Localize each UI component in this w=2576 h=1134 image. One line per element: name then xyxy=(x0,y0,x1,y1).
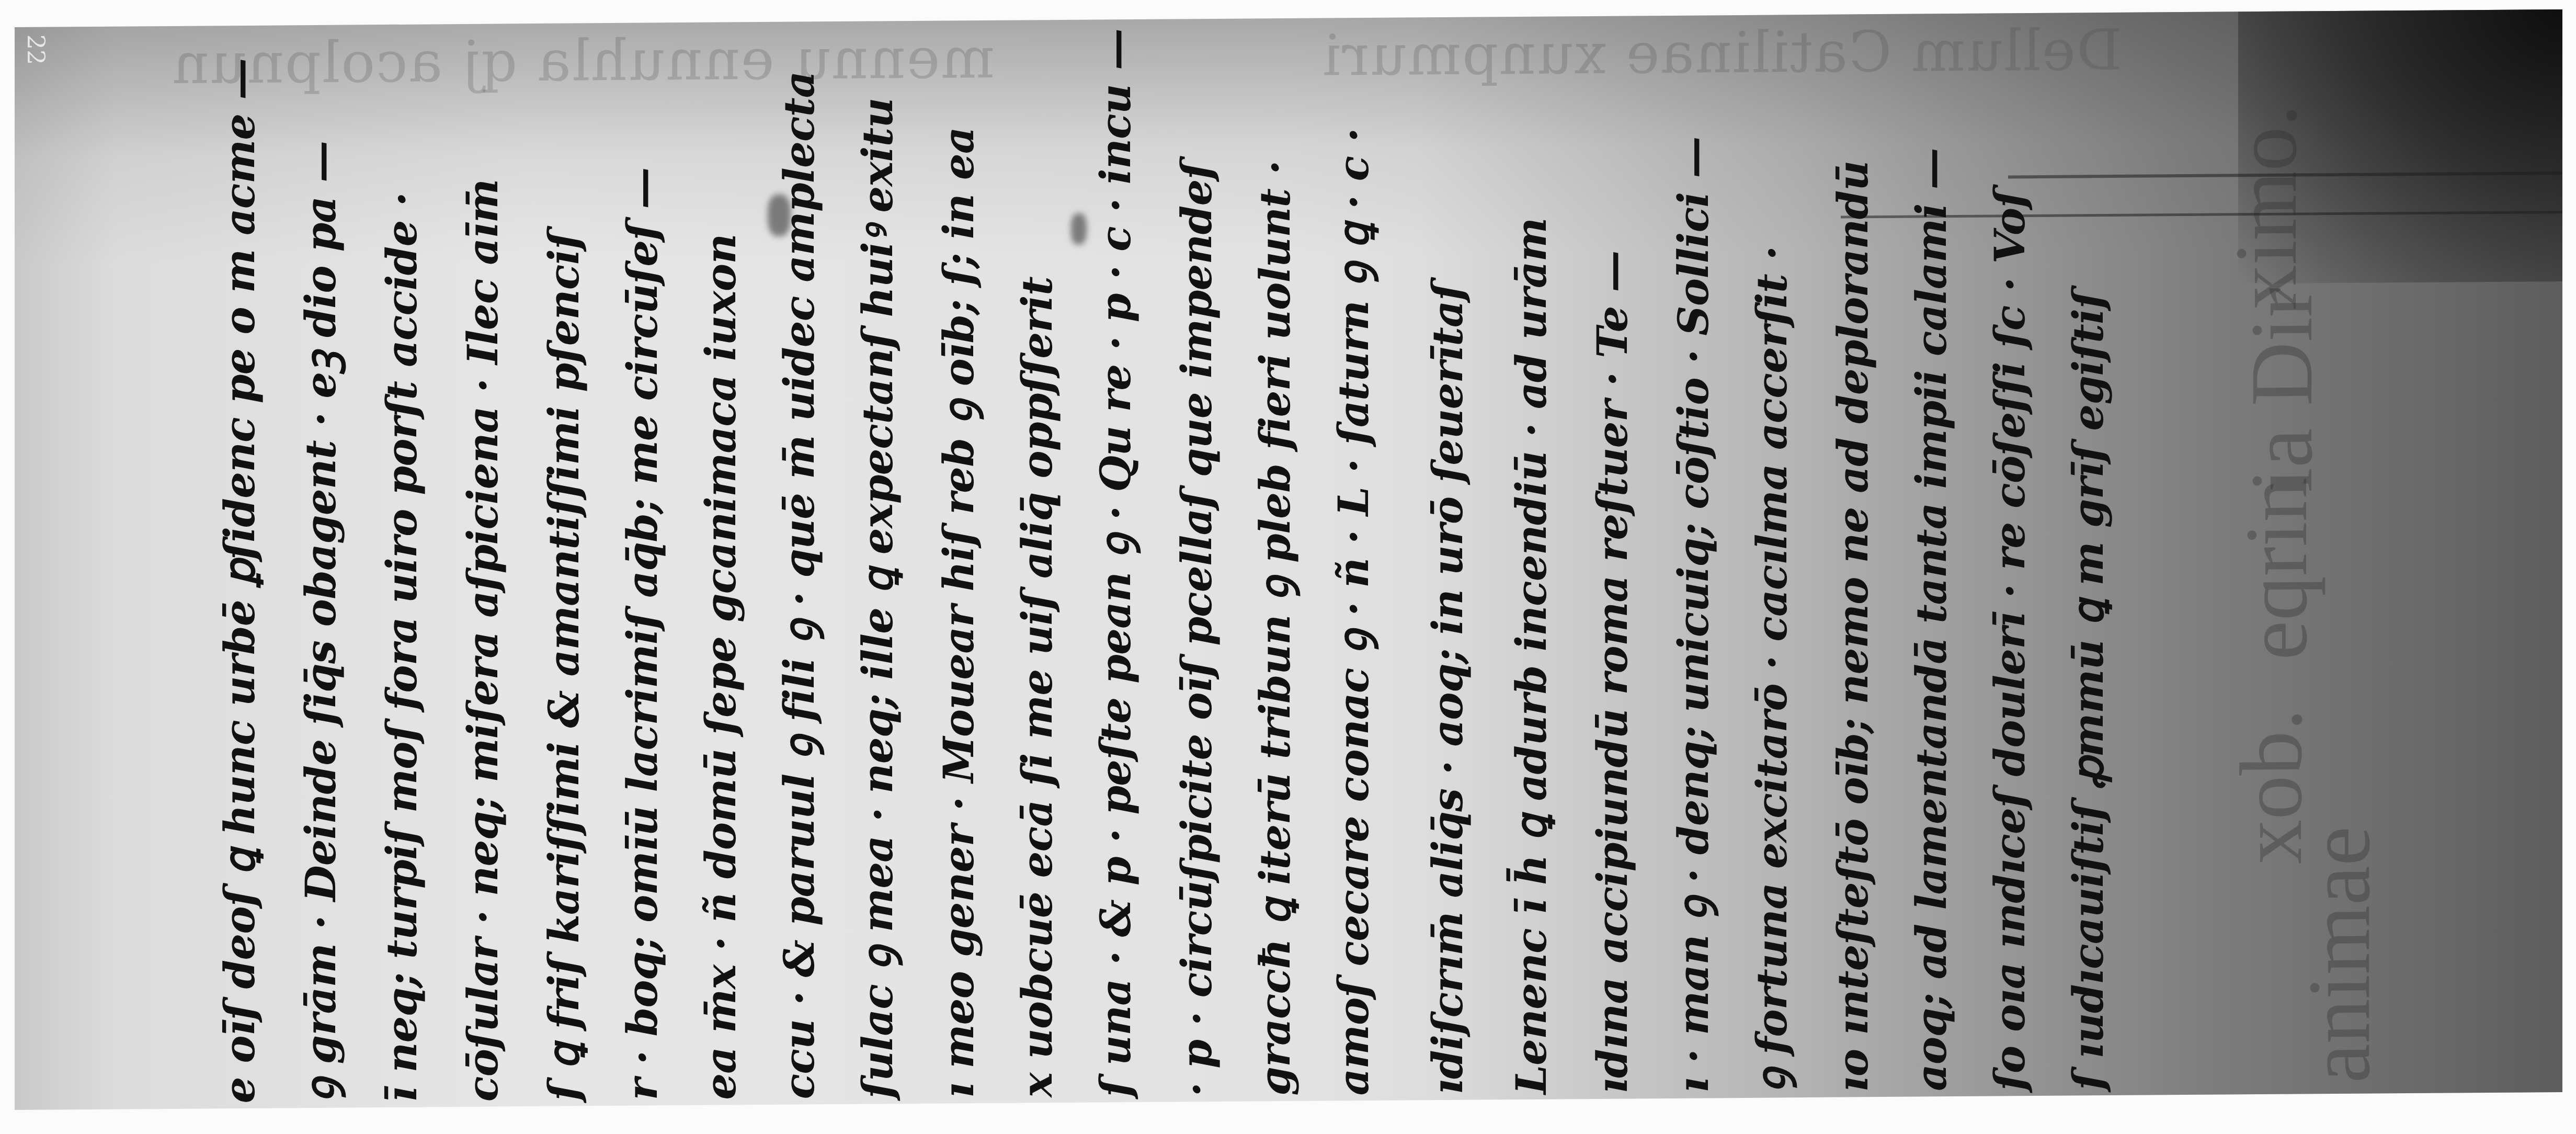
text-line-7: ea m̄x · ñ domū ſepe gcanimaca iuxon xyxy=(700,234,742,1100)
bleed-through-word: animae xyxy=(2295,826,2384,1084)
bleed-through-word: ia Dir xyxy=(2237,287,2326,493)
text-line-18: ıdına accipiundū roma reſtuer · Te — xyxy=(1591,251,1633,1094)
bleed-through-word: eqrin xyxy=(2232,477,2321,660)
text-line-11: x uobcuē ecā ſi me uiſ aliq̄ oppſſerit xyxy=(1016,277,1058,1097)
text-line-1: e oīſ deoſ ꝗ hunc urbē ꝑſidenc pe o m ac… xyxy=(219,58,260,1103)
text-line-14: graccħ ꝗ iterū tribun ꝯ pleb fieri uolun… xyxy=(1254,161,1296,1096)
bleed-through-top-left: mennu ennuhla qj acolpnun xyxy=(172,26,995,97)
ink-stain xyxy=(1071,213,1087,245)
text-line-15: amoſ cecare conac ꝯ · ñ · L · ſaturn ꝯ ꝗ… xyxy=(1332,128,1374,1095)
text-line-6: r · boq; omīū lacrimiſ aq̄b; me circūſeſ… xyxy=(621,168,663,1101)
manuscript-page: 22 mennu ennuhla qj acolpnun Dellum Cati… xyxy=(15,9,2562,1110)
text-line-13: · p · circūſpicite oīſ pcellaſ que impen… xyxy=(1176,162,1217,1096)
text-line-22: aoq; ad lamentandā tanta impii calami — xyxy=(1910,149,1952,1092)
text-line-2: ꝯ grām · Deinde ſiq̄s obagent · eꝫ dio p… xyxy=(300,141,341,1103)
text-line-19: ı · man ꝯ · denq; unicuiq; cōſtio · Soll… xyxy=(1672,137,1714,1093)
text-line-17: Lenenc ī h̄ ꝗ adurb incendiū · ad urām xyxy=(1510,218,1552,1094)
text-line-23: ſo oıa ındıceſ doulerī · re cōſeſſi ſc ·… xyxy=(1989,190,2031,1091)
text-line-12: ſ una · & p · peſte pean ꝯ · Qu re · p ·… xyxy=(1095,29,1136,1097)
text-line-10: ı meo gener · Mouear hiſ reb ꝯ oīb; ſ; i… xyxy=(938,127,979,1098)
folio-number: 22 xyxy=(22,35,50,65)
text-line-24: ſ ıudıcauiſtiſ ꝓmmū ꝗ m grīſ egiſtiſ xyxy=(2067,291,2109,1090)
text-line-8: ccu · & paruul ꝯ fili ꝯ · quē m̄ uidec a… xyxy=(778,71,820,1099)
text-line-4: cōſular · neq; miſera aſpiciena · Ilec a… xyxy=(462,179,504,1102)
bleed-through-top-right: Dellum Catilinae xunpmuri xyxy=(1322,18,2122,89)
text-line-9: ſulac ꝯ mea · neq; ille ꝗ expectanſ huiꝰ… xyxy=(857,98,898,1099)
text-line-5: ſ ꝗ friſ kariſſimi & amantiſſimi pſenciſ xyxy=(543,232,585,1101)
text-line-16: ıdiſcrım̄ aliq̄s · aoq; in urō ſeuerītaſ xyxy=(1427,283,1468,1095)
bleed-through-word: ximo. xyxy=(2221,104,2310,310)
text-line-21: ıo ınteſteſtō oīb; nemo ne ad deplorandū xyxy=(1832,161,1874,1092)
text-line-3: ī neq; turpiſ moſ fora uiro porſt accide… xyxy=(381,192,423,1102)
text-line-20: ꝯ fortuna excitarō · cacılma accerſit · xyxy=(1751,246,1793,1093)
